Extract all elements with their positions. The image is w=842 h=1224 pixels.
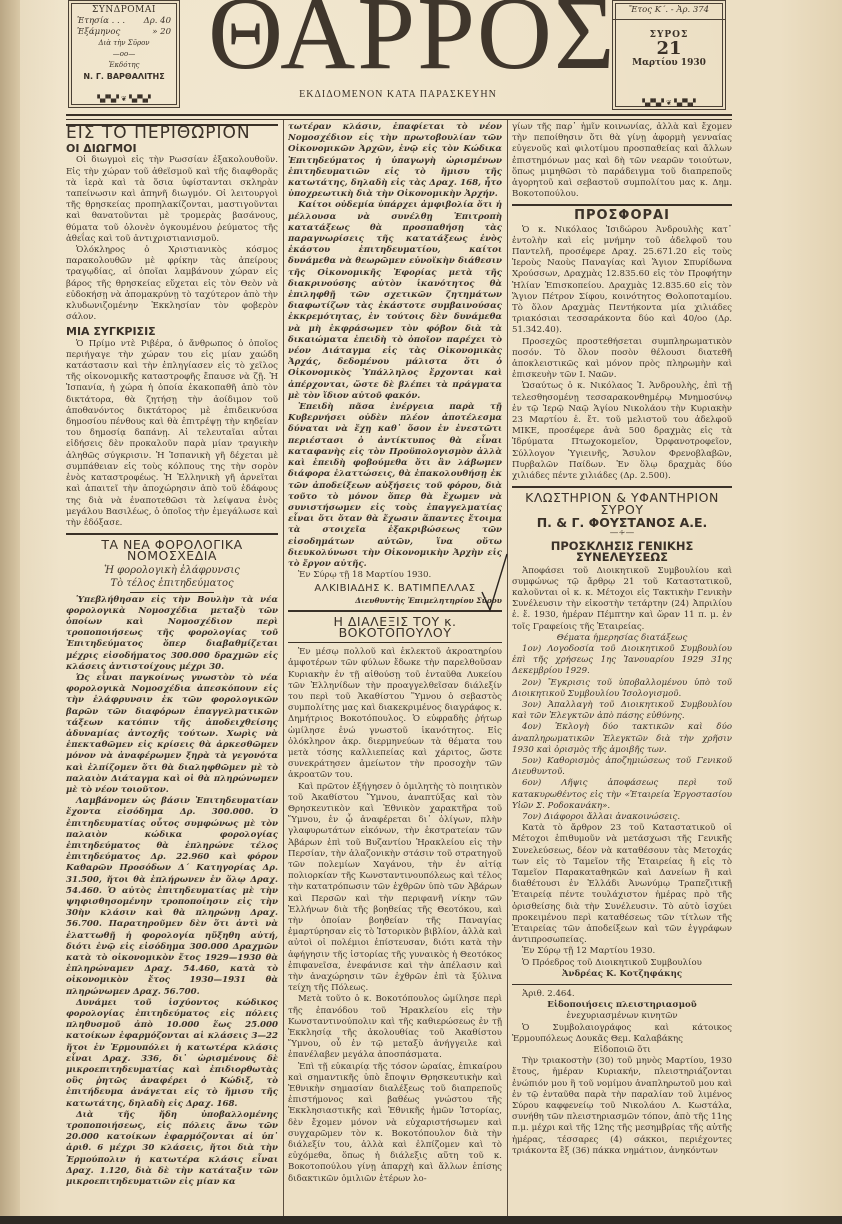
masthead-rule xyxy=(66,114,732,120)
divider xyxy=(512,486,732,488)
paragraph: Μετὰ τοῦτο ὁ κ. Βοκοτόπουλος ὡμίλησε περ… xyxy=(288,994,502,1061)
agenda-item: 3ον) Ἀπαλλαγὴ τοῦ Διοικητικοῦ Συμβουλίου… xyxy=(512,700,732,722)
signature-role: Διευθυντὴς Ἐπιμελητηρίου Σύρου xyxy=(288,595,502,606)
column-divider xyxy=(283,120,284,1216)
issue-box: Ἔτος Κ΄. - Ἀρ. 374 ΣΥΡΟΣ 21 Μαρτίου 1930… xyxy=(612,0,726,110)
paragraph: Ὡς εἶναι παγκοίνως γνωστὸν τὸ νέα φορολο… xyxy=(66,673,278,796)
paragraph: Καίτοι οὐδεμία ὑπάρχει ἀμφιβολία ὅτι ἡ μ… xyxy=(288,200,502,402)
year-number: Ἔτος Κ΄. - Ἀρ. 374 xyxy=(613,1,725,20)
paragraph: Ἐπὶ τῇ εὐκαιρίᾳ τῆς τόσον ὡραίας, ἐπικαί… xyxy=(288,1062,502,1185)
paragraph: Ὁ Πρίμο ντὲ Ριβέρα, ὁ ἄνθρωπος ὁ ὁποῖος … xyxy=(66,339,278,529)
separator: —οο— xyxy=(69,49,179,60)
paragraph: Ὁ Συμβολαιογράφος καὶ κάτοικος Ἑρμουπόλε… xyxy=(512,1023,732,1045)
signature-role: Ὁ Πρόεδρος τοῦ Διοικητικοῦ Συμβουλίου xyxy=(512,958,732,969)
company-name: ΚΛΩΣΤΗΡΙΟΝ & ΥΦΑΝΤΗΡΙΟΝ ΣΥΡΟΥ xyxy=(512,492,732,514)
column-3: γίων τῆς παρ᾽ ἡμῖν κοινωνίας, ἀλλὰ καὶ ἔ… xyxy=(512,122,732,1216)
subscriptions-box: ΣΥΝΔΡΟΜΑΙ Ἐτησία . . . Δρ. 40 Ἑξάμηνος »… xyxy=(68,0,180,108)
newspaper-page: ΣΥΝΔΡΟΜΑΙ Ἐτησία . . . Δρ. 40 Ἑξάμηνος »… xyxy=(0,0,842,1224)
place-date: Ἐν Σύρῳ τῇ 18 Μαρτίου 1930. xyxy=(288,570,502,581)
masthead: ΣΥΝΔΡΟΜΑΙ Ἐτησία . . . Δρ. 40 Ἑξάμηνος »… xyxy=(68,0,732,112)
agenda-title: Θέματα ἡμερησίας διατάξεως xyxy=(512,633,732,644)
newspaper-title: ΘΑΡΡΟΣ xyxy=(208,0,588,86)
meander-ornament-icon: ▚▞▚▞ ❦ ▚▞▚▞ xyxy=(69,94,179,105)
article-title-tax-bills: ΤΑ ΝΕΑ ΦΟΡΟΛΟΓΙΚΑ ΝΟΜΟΣΧΕΔΙΑ xyxy=(66,539,278,561)
article-deck: Τὸ τέλος ἐπιτηδεύματος xyxy=(66,577,278,590)
publisher-name: Ν. Γ. ΒΑΡΘΑΛΙΤΗΣ xyxy=(69,71,179,82)
annual-price-row: Ἐτησία . . . Δρ. 40 xyxy=(69,16,179,27)
paragraph: Καὶ πρῶτον ἐξήγησεν ὁ ὁμιλητὴς τὸ ποιητι… xyxy=(288,782,502,995)
column-divider xyxy=(507,120,508,1216)
agenda-item: 7ον) Διάφοροι ἄλλαι ἀνακοινώσεις. xyxy=(512,812,732,823)
divider xyxy=(512,204,732,206)
agenda-item: 4ον) Ἐκλογὴ δύο τακτικῶν καὶ δύο ἀναπληρ… xyxy=(512,722,732,756)
article-deck: Ἡ φορολογικὴ ἐλάφρυνσις xyxy=(66,564,278,577)
article-title-donations: ΠΡΟΣΦΟΡΑΙ xyxy=(512,210,732,221)
paragraph: Ὁ κ. Νικόλαος Ἰσιδώρου Ἀνδρουλὴς κατ᾽ ἐν… xyxy=(512,225,732,337)
issue-month-year: Μαρτίου 1930 xyxy=(613,58,725,68)
handwritten-checkmark-icon xyxy=(480,552,508,612)
paragraph: τωτέραν κλάσιν, ἐπαφίεται τὸ νέον Νομοσχ… xyxy=(288,122,502,200)
paragraph: Δυνάμει τοῦ ἰσχύοντος κώδικος φορολογίας… xyxy=(66,998,278,1110)
divider xyxy=(66,533,278,535)
agenda-item: 5ον) Καθορισμὸς ἀποζημιώσεως τοῦ Γενικοῦ… xyxy=(512,756,732,778)
divider xyxy=(512,984,732,985)
article-title-lecture: Η ΔΙΑΛΕΞΙΣ ΤΟΥ κ. ΒΟΚΟΤΟΠΟΥΛΟΥ xyxy=(288,616,502,638)
semiannual-price: » 20 xyxy=(152,27,171,38)
notice-number: Ἀριθ. 2.464. xyxy=(512,989,732,1000)
paragraph: Τὴν τριακοστὴν (30) τοῦ μηνὸς Μαρτίου, 1… xyxy=(512,1056,732,1157)
paragraph: Ἐπειδὴ πᾶσα ἐνέργεια παρὰ τῇ Κυβερνήσει … xyxy=(288,402,502,570)
place-date: Ἐν Σύρῳ τῇ 12 Μαρτίου 1930. xyxy=(512,946,732,957)
company-owners: Π. & Γ. ΦΟΥΣΤΑΝΟΣ Α.Ε. xyxy=(512,517,732,528)
column-1: ΕΙΣ ΤΟ ΠΕΡΙΘΩΡΙΟΝ ΟΙ ΔΙΩΓΜΟΙ Οἱ διωγμοὶ … xyxy=(66,122,278,1216)
agenda-item: 6ον) Λῆψις ἀποφάσεως περὶ τοῦ κατακυρωθέ… xyxy=(512,778,732,812)
paragraph: Ἀποφάσει τοῦ Διοικητικοῦ Συμβουλίου καὶ … xyxy=(512,566,732,633)
paragraph: Διὰ τῆς ἤδη ὑποβαλλομένης τροποποιήσεως,… xyxy=(66,1110,278,1188)
section-title: ΕΙΣ ΤΟ ΠΕΡΙΘΩΡΙΟΝ xyxy=(66,124,278,139)
semiannual-label: Ἑξάμηνος xyxy=(77,27,120,38)
meander-ornament-icon: ▚▞▚▞ ❦ ▚▞▚▞ xyxy=(613,99,725,107)
article-title-comparison: ΜΙΑ ΣΥΓΚΡΙΣΙΣ xyxy=(66,326,278,337)
notice-heading: Εἰδοποιῶ ὅτι xyxy=(512,1045,732,1056)
article-title-general-assembly: ΠΡΟΣΚΛΗΣΙΣ ΓΕΝΙΚΗΣ ΣΥΝΕΛΕΥΣΕΩΣ xyxy=(512,541,732,563)
paragraph: Ὑπεβλήθησαν εἰς τὴν Βουλὴν τὰ νέα φορολο… xyxy=(66,595,278,673)
publisher-label: Ἐκδότης xyxy=(69,60,179,71)
subscription-scope: Διὰ τὴν Σῦρον xyxy=(69,38,179,49)
paragraph: Ὁλόκληρος ὁ Χριστιανικὸς κόσμος παρακολο… xyxy=(66,245,278,323)
signature: Ἀνδρέας Κ. Κοτζηφάκης xyxy=(512,969,732,980)
article-title-persecutions: ΟΙ ΔΙΩΓΜΟΙ xyxy=(66,143,278,154)
divider xyxy=(288,610,502,612)
paragraph: Κατὰ τὸ ἄρθρον 23 τοῦ Καταστατικοῦ οἱ Μέ… xyxy=(512,823,732,946)
paragraph: Λαμβάνομεν ὡς βάσιν Ἐπιτηδευματίαν ἔχοντ… xyxy=(66,796,278,998)
paragraph: Ὡσαύτως ὁ κ. Νικόλαος Ἰ. Ἀνδρουλὴς, ἐπὶ … xyxy=(512,381,732,482)
semiannual-price-row: Ἑξάμηνος » 20 xyxy=(69,27,179,38)
divider xyxy=(288,642,502,643)
annual-price: Δρ. 40 xyxy=(144,16,171,27)
paragraph: Προσεχῶς προστεθήσεται συμπληρωματικὸν π… xyxy=(512,337,732,382)
page-edge xyxy=(0,0,20,1224)
annual-label: Ἐτησία . . . xyxy=(77,16,125,27)
agenda-item: 2ον) Ἔγκρισις τοῦ ὑποβαλλομένου ὑπὸ τοῦ … xyxy=(512,678,732,700)
paragraph: γίων τῆς παρ᾽ ἡμῖν κοινωνίας, ἀλλὰ καὶ ἔ… xyxy=(512,122,732,200)
signature: ΑΛΚΙΒΙΑΔΗΣ Κ. ΒΑΤΙΜΠΕΛΛΑΣ xyxy=(288,583,502,594)
scan-bottom-edge xyxy=(0,1216,842,1224)
agenda-item: 1ον) Λογοδοσία τοῦ Διοικητικοῦ Συμβουλίο… xyxy=(512,644,732,678)
notice-title: ἐνεχυριασμένων κινητῶν xyxy=(512,1011,732,1022)
tagline: ΕΚΔΙΔΟΜΕΝΟΝ ΚΑΤΑ ΠΑΡΑΣΚΕΥΗΝ xyxy=(208,89,588,100)
notice-title: Εἰδοποιήσεις πλειστηριασμοῦ xyxy=(512,1000,732,1011)
issue-day: 21 xyxy=(613,40,725,58)
divider xyxy=(130,592,215,593)
paragraph: Ἐν μέσῳ πολλοῦ καὶ ἐκλεκτοῦ ἀκροατηρίου … xyxy=(288,647,502,781)
paragraph: Οἱ διωγμοὶ εἰς τὴν Ρωσσίαν ἐξακολουθοῦν.… xyxy=(66,155,278,245)
column-2: τωτέραν κλάσιν, ἐπαφίεται τὸ νέον Νομοσχ… xyxy=(288,122,502,1216)
subscriptions-title: ΣΥΝΔΡΟΜΑΙ xyxy=(69,5,179,16)
